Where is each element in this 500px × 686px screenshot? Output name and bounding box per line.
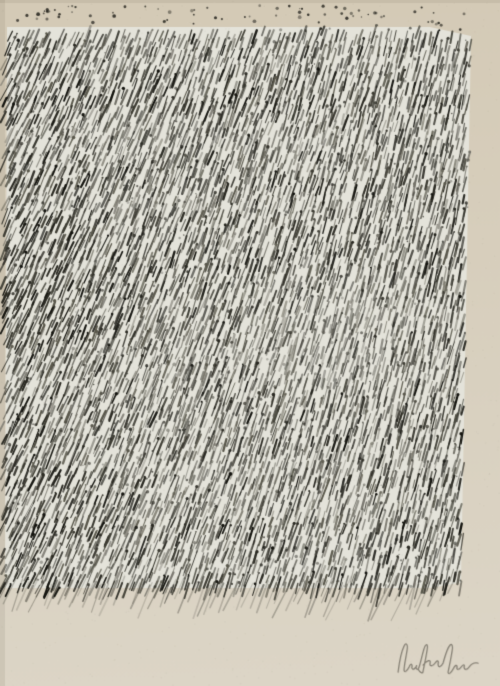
artwork-scan: Uecker [0, 0, 500, 686]
ink-stroke-field-canvas [0, 0, 500, 686]
